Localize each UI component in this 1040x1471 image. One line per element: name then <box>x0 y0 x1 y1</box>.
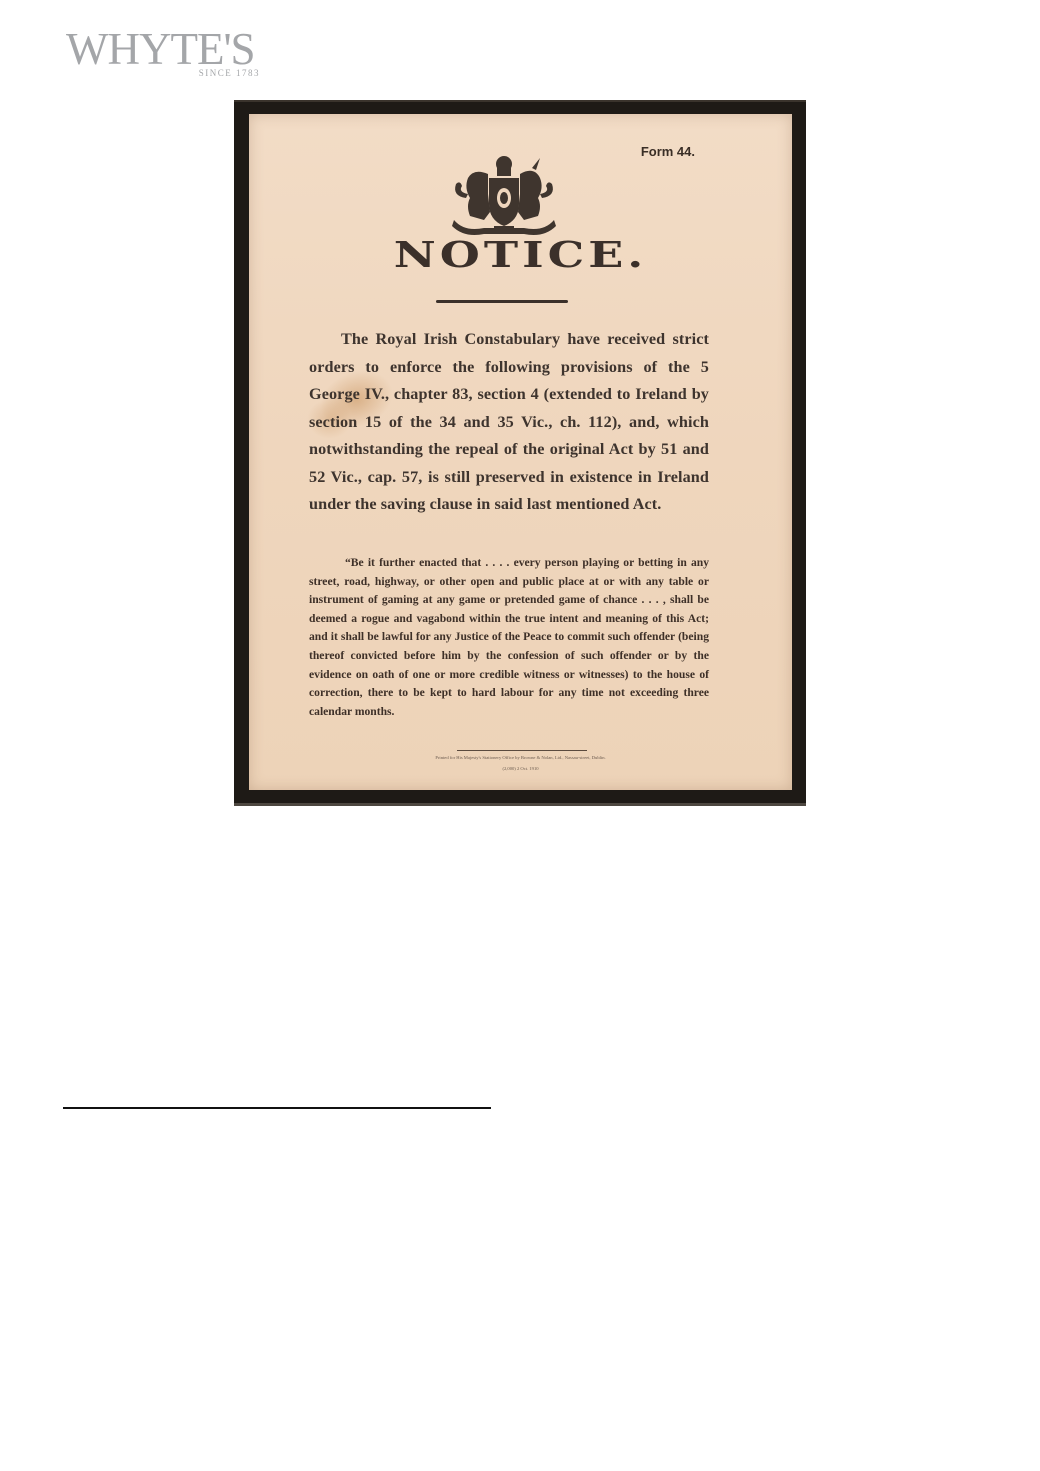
logo-wordmark: WHYTE'S <box>66 24 255 74</box>
framed-poster-photo: Form 44. <box>234 100 806 806</box>
footnote-separator <box>63 1107 491 1109</box>
title-divider <box>436 300 568 303</box>
printer-imprint: Printed for His Majesty's Stationery Off… <box>249 755 792 760</box>
notice-title: NOTICE. <box>249 234 792 275</box>
notice-poster: Form 44. <box>249 114 792 790</box>
statute-quote: “Be it further enacted that . . . . ever… <box>309 554 709 721</box>
royal-coat-of-arms-icon <box>444 154 564 239</box>
print-reference: (2,000) 2 Oct. 1910 <box>249 766 792 771</box>
whytes-logo: WHYTE'S SINCE 1783 <box>66 30 266 80</box>
footer-divider <box>457 750 587 751</box>
form-number: Form 44. <box>641 144 695 159</box>
notice-body: The Royal Irish Constabulary have receiv… <box>309 326 709 519</box>
logo-tagline: SINCE 1783 <box>199 68 260 78</box>
